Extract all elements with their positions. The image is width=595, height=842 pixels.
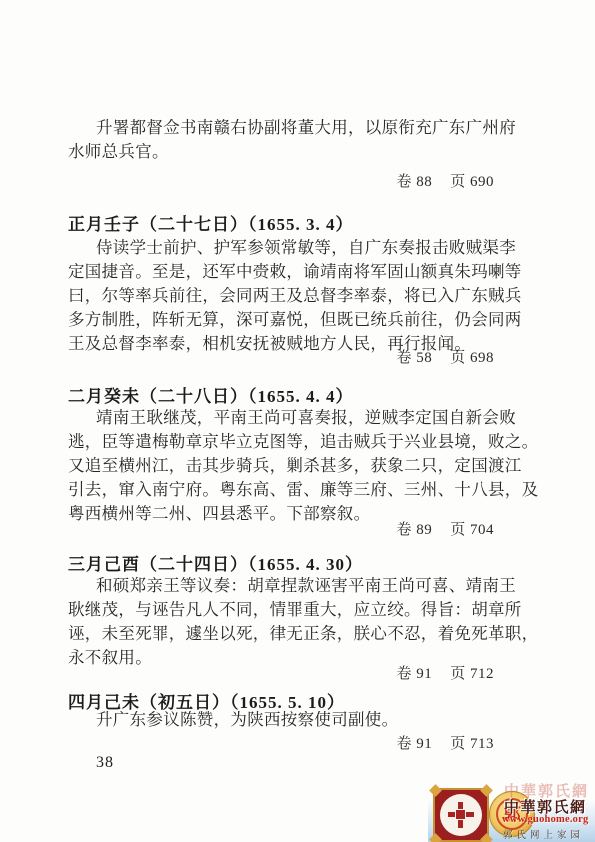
watermark-text-block: 中華郭氏網 中華郭氏網 www.guohome.org 郭氏网上家园 xyxy=(502,780,595,842)
entry-date-header: 二月癸未（二十八日）（1655. 4. 4） xyxy=(68,382,528,407)
seal-corner-ornament xyxy=(429,784,442,797)
paragraph-line: 侍读学士前护、护军参领常敏等，自广东奏报击败贼渠李 xyxy=(68,236,528,260)
citation-page: 页 713 xyxy=(450,736,494,752)
scanned-book-page: 升署都督佥书南赣右协副将董大用，以原衔充广东广州府 水师总兵官。 卷 88页 6… xyxy=(0,0,595,842)
paragraph-line: 耿继茂，与诬告凡人不同，情罪重大，应立绞。得旨：胡章所 xyxy=(68,598,528,622)
citation-juan: 卷 89 xyxy=(396,522,432,538)
paragraph-line: 升广东参议陈赞，为陕西按察使司副使。 xyxy=(68,708,528,732)
paragraph-line: 又追至横州江，击其步骑兵，剿杀甚多，获象二只，定国渡江 xyxy=(68,454,528,478)
entry-paragraph: 侍读学士前护、护军参领常敏等，自广东奏报击败贼渠李 定国捷音。至是，还军中赍敕，… xyxy=(68,236,528,356)
citation-juan: 卷 91 xyxy=(396,736,432,752)
citation: 卷 88页 690 xyxy=(68,170,518,191)
entry-paragraph: 和硕郑亲王等议奏：胡章捏款诬害平南王尚可喜、靖南王 耿继茂，与诬告凡人不同，情罪… xyxy=(68,574,528,670)
paragraph-line: 靖南王耿继茂，平南王尚可喜奏报，逆贼李定国自新会败 xyxy=(68,406,528,430)
paragraph-line: 定国捷音。至是，还军中赍敕，谕靖南将军固山额真朱玛喇等 xyxy=(68,260,528,284)
citation-page: 页 698 xyxy=(450,350,494,366)
paragraph-line: 升署都督佥书南赣右协副将董大用，以原衔充广东广州府 xyxy=(68,116,528,140)
citation: 卷 91页 713 xyxy=(68,732,518,753)
citation-juan: 卷 88 xyxy=(396,174,432,190)
entry-date-header: 三月己酉（二十四日）（1655. 4. 30） xyxy=(68,550,528,575)
paragraph-line: 诬，未至死罪，遽坐以死，律无正条，朕心不忍，着免死革职， xyxy=(68,622,528,646)
paragraph-line: 水师总兵官。 xyxy=(68,140,528,164)
watermark-slogan: 郭氏网上家园 xyxy=(503,827,584,841)
watermark-url: www.guohome.org xyxy=(502,814,588,825)
paragraph-line: 和硕郑亲王等议奏：胡章捏款诬害平南王尚可喜、靖南王 xyxy=(68,574,528,598)
citation-page: 页 712 xyxy=(450,666,494,682)
citation-page: 页 704 xyxy=(450,522,494,538)
paragraph-line: 逃，臣等遣梅勒章京毕立克图等，追击贼兵于兴业县境，败之。 xyxy=(68,430,528,454)
paragraph-line: 多方制胜，阵斩无算，深可嘉悦，但既已统兵前往，仍会同两 xyxy=(68,308,528,332)
citation: 卷 91页 712 xyxy=(68,662,518,683)
seal-inner-circle xyxy=(440,794,482,836)
citation: 卷 89页 704 xyxy=(68,518,518,539)
seal-cross-emblem-icon xyxy=(455,809,466,820)
entry-paragraph: 升广东参议陈赞，为陕西按察使司副使。 xyxy=(68,708,528,732)
paragraph-line: 曰，尔等率兵前往，会同两王及总督李率泰，将已入广东贼兵 xyxy=(68,284,528,308)
paragraph-line: 引去，窜入南宁府。粤东高、雷、廉等三府、三州、十八县，及 xyxy=(68,478,528,502)
seal-corner-ornament xyxy=(480,784,493,797)
citation-juan: 卷 58 xyxy=(396,350,432,366)
watermark-logo: 郭 中華郭氏網 中華郭氏網 www.guohome.org 郭氏网上家园 xyxy=(428,780,595,842)
entry-paragraph: 靖南王耿继茂，平南王尚可喜奏报，逆贼李定国自新会败 逃，臣等遣梅勒章京毕立克图等… xyxy=(68,406,528,526)
page-number: 38 xyxy=(96,754,114,772)
citation: 卷 58页 698 xyxy=(68,346,518,367)
entry-date-header: 正月壬子（二十七日）（1655. 3. 4） xyxy=(68,210,528,235)
citation-juan: 卷 91 xyxy=(396,666,432,682)
citation-page: 页 690 xyxy=(450,174,494,190)
entry-paragraph: 升署都督佥书南赣右协副将董大用，以原衔充广东广州府 水师总兵官。 xyxy=(68,116,528,164)
guo-family-seal-icon xyxy=(433,788,489,842)
